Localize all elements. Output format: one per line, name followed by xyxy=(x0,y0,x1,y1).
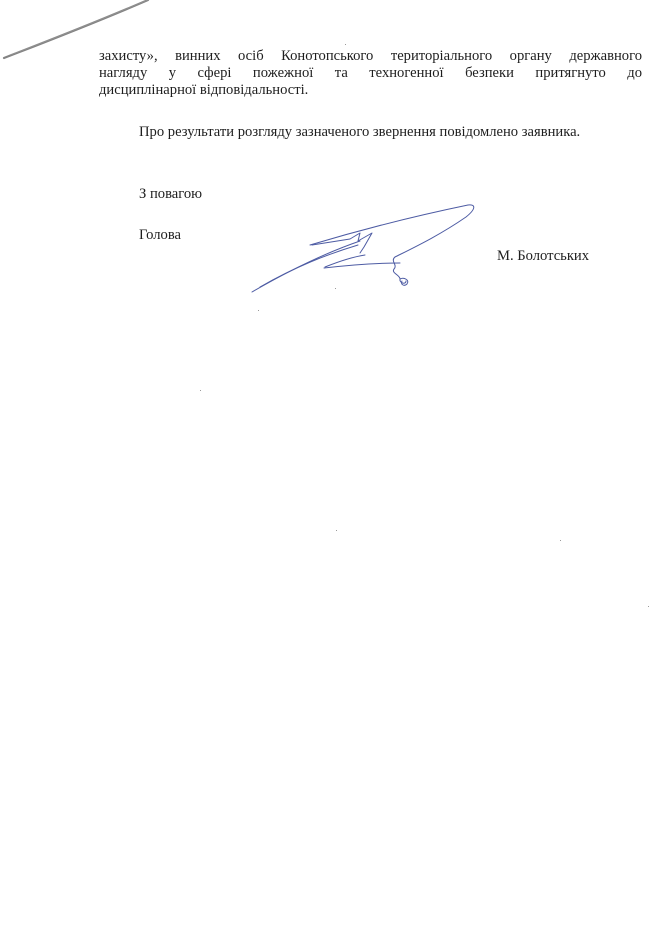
scan-speck xyxy=(345,44,346,45)
paragraph-line: захисту», винних осіб Конотопського тери… xyxy=(99,48,642,65)
scan-speck xyxy=(648,606,649,607)
paragraph-disciplinary: захисту», винних осіб Конотопського тери… xyxy=(99,48,642,99)
scan-speck xyxy=(560,540,561,541)
closing-salutation: З повагою xyxy=(139,186,202,203)
document-page: захисту», винних осіб Конотопського тери… xyxy=(0,0,668,936)
paragraph-notification: Про результати розгляду зазначеного звер… xyxy=(139,124,580,141)
signatory-position: Голова xyxy=(139,227,181,244)
paragraph-line: нагляду у сфері пожежної та техногенної … xyxy=(99,65,642,82)
handwritten-signature-icon xyxy=(240,195,480,295)
scan-speck xyxy=(200,390,201,391)
paragraph-line: дисциплінарної відповідальності. xyxy=(99,82,642,99)
scan-speck xyxy=(335,288,336,289)
scan-speck xyxy=(336,530,337,531)
signatory-name: М. Болотських xyxy=(497,248,589,265)
scan-speck xyxy=(258,310,259,311)
